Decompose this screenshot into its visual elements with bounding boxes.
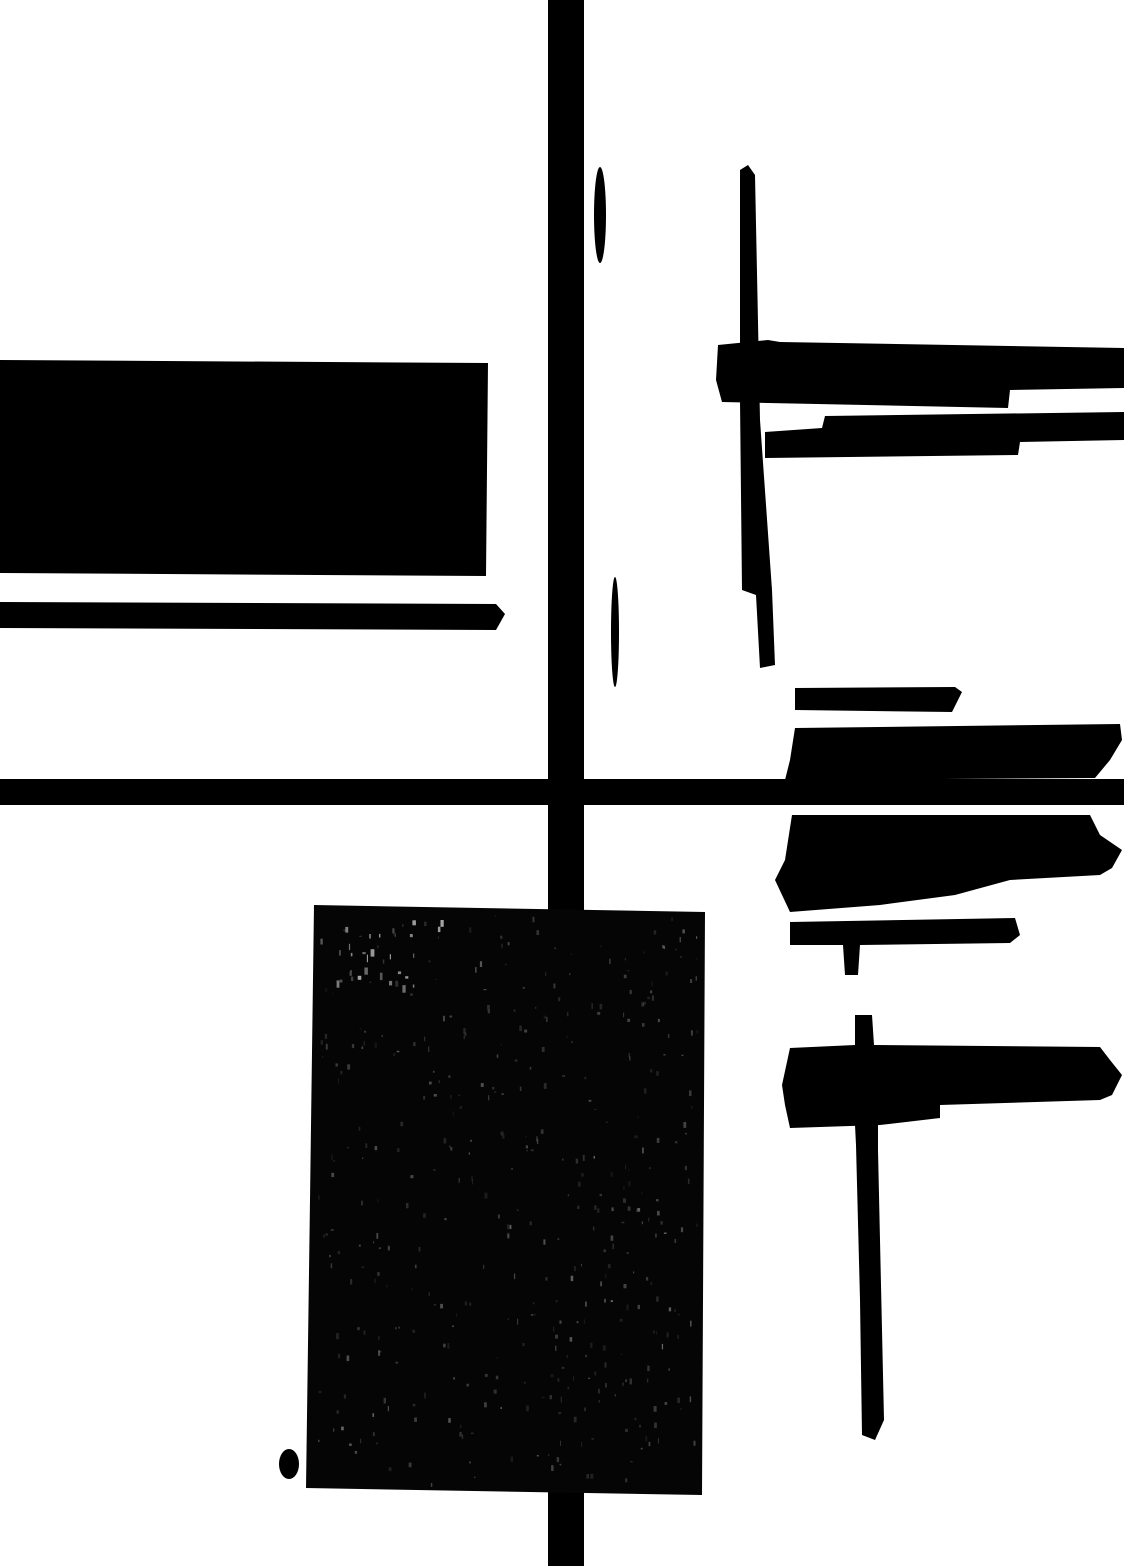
upper-left-block: [0, 360, 488, 576]
lower-textured-block: [306, 905, 705, 1495]
upper-left-stroke: [0, 602, 505, 630]
small-dot: [279, 1449, 299, 1479]
main-horizontal-bar: [0, 779, 1124, 805]
small-vertical-stroke-1: [594, 167, 606, 263]
abstract-artwork: [0, 0, 1124, 1566]
right-bar-3: [795, 687, 962, 712]
small-vertical-stroke-2: [611, 577, 619, 687]
right-bar-4: [785, 724, 1122, 780]
